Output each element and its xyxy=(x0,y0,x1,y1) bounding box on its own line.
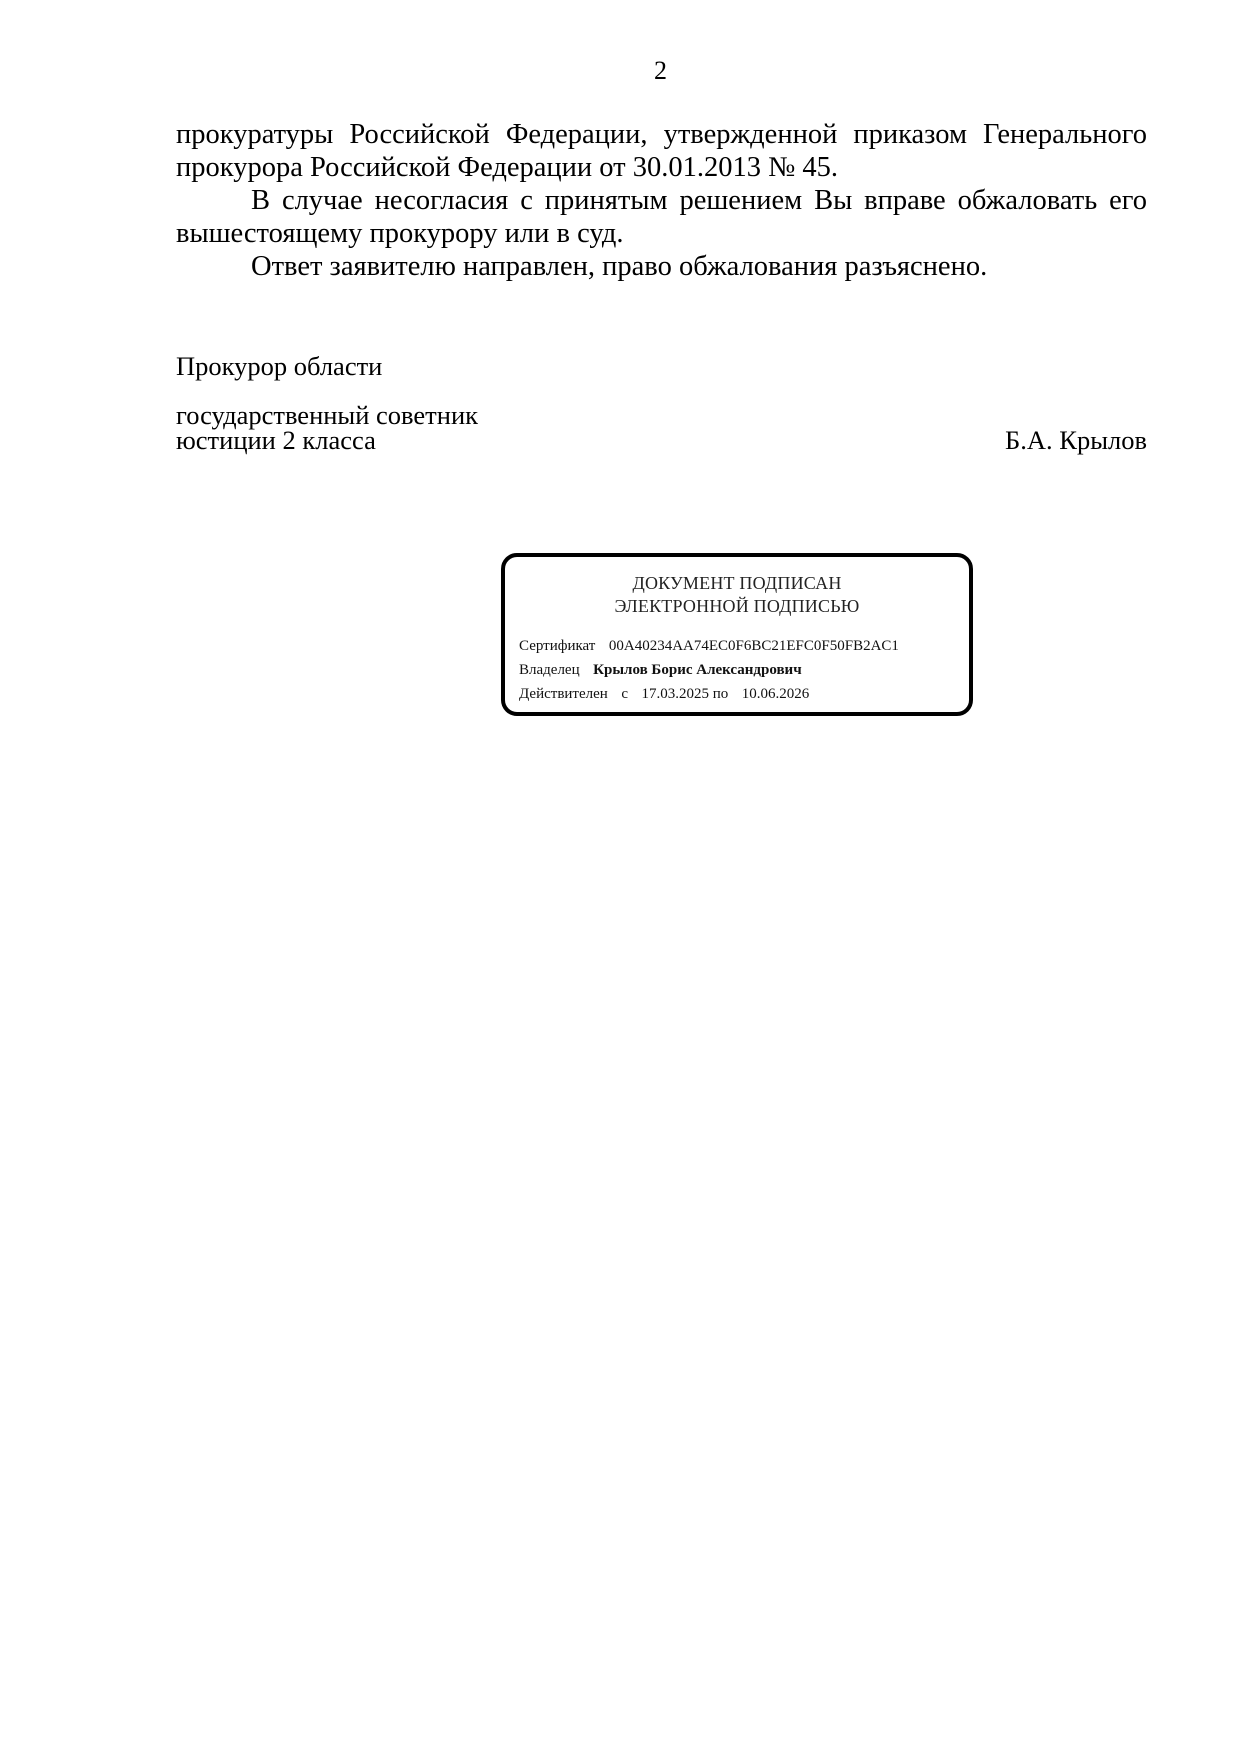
stamp-details: Сертификат 00A40234AA74EC0F6BC21EFC0F50F… xyxy=(519,634,899,706)
stamp-certificate-row: Сертификат 00A40234AA74EC0F6BC21EFC0F50F… xyxy=(519,634,899,658)
signer-position: Прокурор области xyxy=(176,350,382,382)
signer-rank-line2: юстиции 2 класса xyxy=(176,428,478,453)
paragraph-response-sent: Ответ заявителю направлен, право обжалов… xyxy=(176,250,1147,283)
valid-from-date: 17.03.2025 xyxy=(641,686,709,702)
page-number: 2 xyxy=(0,56,1241,86)
owner-value: Крылов Борис Александрович xyxy=(593,662,802,678)
valid-from-label: с xyxy=(621,686,628,702)
stamp-validity-row: Действителен с 17.03.2025 по 10.06.2026 xyxy=(519,682,899,706)
owner-label: Владелец xyxy=(519,662,580,678)
paragraph-appeal-right: В случае несогласия с принятым решением … xyxy=(176,184,1147,250)
electronic-signature-stamp: ДОКУМЕНТ ПОДПИСАН ЭЛЕКТРОННОЙ ПОДПИСЬЮ С… xyxy=(501,553,973,716)
stamp-title: ДОКУМЕНТ ПОДПИСАН ЭЛЕКТРОННОЙ ПОДПИСЬЮ xyxy=(505,572,969,618)
letter-body: прокуратуры Российской Федерации, утверж… xyxy=(176,118,1147,283)
paragraph-continuation: прокуратуры Российской Федерации, утверж… xyxy=(176,118,1147,184)
valid-to-date: 10.06.2026 xyxy=(742,686,810,702)
certificate-value: 00A40234AA74EC0F6BC21EFC0F50FB2AC1 xyxy=(609,638,899,654)
signer-name: Б.А. Крылов xyxy=(1005,428,1147,453)
stamp-title-line1: ДОКУМЕНТ ПОДПИСАН xyxy=(505,572,969,595)
signer-rank: государственный советник юстиции 2 класс… xyxy=(176,403,478,453)
valid-to-label: по xyxy=(713,686,729,702)
stamp-title-line2: ЭЛЕКТРОННОЙ ПОДПИСЬЮ xyxy=(505,595,969,618)
valid-label: Действителен xyxy=(519,686,608,702)
certificate-label: Сертификат xyxy=(519,638,595,654)
stamp-owner-row: Владелец Крылов Борис Александрович xyxy=(519,658,899,682)
